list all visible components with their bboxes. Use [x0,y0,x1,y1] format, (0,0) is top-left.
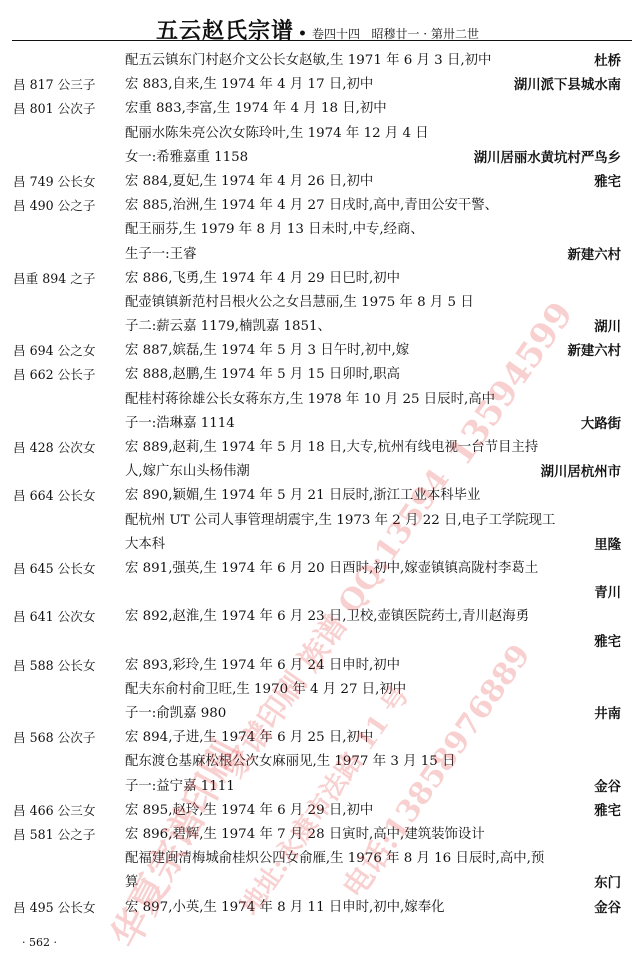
residence-location: 大路街 [581,412,621,436]
entry-row: 配桂村蒋徐雄公长女蒋东方,生 1978 年 10 月 25 日辰时,高中 [0,388,635,412]
entry-text: 宏 888,赵鹏,生 1974 年 5 月 15 日卯时,职高 [125,363,400,387]
entry-row: 昌 490 公之子宏 885,治洲,生 1974 年 4 月 27 日戌时,高中… [0,194,635,218]
entry-row: 子一:益宁嘉 1111金谷 [0,775,635,799]
parent-label: 昌 428 公次女 [13,436,95,460]
entry-text: 宏 885,治洲,生 1974 年 4 月 27 日戌时,高中,青田公安干警、 [125,194,498,218]
parent-label: 昌 645 公长女 [13,557,95,581]
parent-label: 昌 588 公长女 [13,654,95,678]
residence-location: 雅宅 [594,630,621,654]
entry-row: 配王丽芬,生 1979 年 8 月 13 日未时,中专,经商、 [0,218,635,242]
parent-label: 昌 568 公次子 [13,726,95,750]
entry-row: 昌 694 公之女宏 887,嫔磊,生 1974 年 5 月 3 日午时,初中,… [0,339,635,363]
parent-label: 昌 641 公次女 [13,605,95,629]
entry-row: 子二:薪云嘉 1179,楠凯嘉 1851、湖川 [0,315,635,339]
entry-row: 配福建闽清梅城俞桂炽公四女俞雁,生 1976 年 8 月 16 日辰时,高中,预 [0,847,635,871]
entry-text: 配壶镇镇新范村吕根火公之女吕慧丽,生 1975 年 8 月 5 日 [125,291,474,315]
entry-text: 宏 891,强英,生 1974 年 6 月 20 日酉时,初中,嫁壶镇镇高陇村李… [125,557,538,581]
entry-row: 昌 428 公次女宏 889,赵莉,生 1974 年 5 月 18 日,大专,杭… [0,436,635,460]
residence-location: 新建六村 [567,243,621,267]
parent-label: 昌 664 公长女 [13,484,95,508]
residence-location: 里隆 [594,533,621,557]
entry-row: 算东门 [0,871,635,895]
entry-text: 大本科 [125,533,165,557]
residence-location: 雅宅 [594,799,621,823]
residence-location: 湖川居丽水黄坑村严鸟乡 [474,146,621,170]
entry-text: 配夫东俞村俞卫旺,生 1970 年 4 月 27 日,初中 [125,678,406,702]
residence-location: 井南 [594,702,621,726]
parent-label: 昌 581 公之子 [13,823,95,847]
entry-text: 宏 897,小英,生 1974 年 8 月 11 日申时,初中,嫁奉化 [125,896,445,920]
parent-label: 昌 801 公次子 [13,97,95,121]
entry-row: 昌 817 公三子宏 883,自来,生 1974 年 4 月 17 日,初中湖川… [0,73,635,97]
entry-text: 宏 890,颖媚,生 1974 年 5 月 21 日辰时,浙江工业本科毕业 [125,484,480,508]
entry-row: 雅宅 [0,630,635,654]
entry-row: 女一:希雅嘉重 1158湖川居丽水黄坑村严鸟乡 [0,146,635,170]
entry-text: 宏 893,彩玲,生 1974 年 6 月 24 日申时,初中 [125,654,400,678]
residence-location: 金谷 [594,775,621,799]
parent-label: 昌 694 公之女 [13,339,95,363]
entry-text: 配东渡仓基麻松根公次女麻丽见,生 1977 年 3 月 15 日 [125,750,455,774]
entry-text: 算 [125,871,138,895]
entry-row: 大本科里隆 [0,533,635,557]
entry-row: 昌 664 公长女宏 890,颖媚,生 1974 年 5 月 21 日辰时,浙江… [0,484,635,508]
entry-text: 配五云镇东门村赵介文公长女赵敏,生 1971 年 6 月 3 日,初中 [125,49,491,73]
residence-location: 东门 [594,871,621,895]
entry-text: 配王丽芬,生 1979 年 8 月 13 日未时,中专,经商、 [125,218,424,242]
entry-row: 昌重 894 之子宏 886,飞勇,生 1974 年 4 月 29 日巳时,初中 [0,267,635,291]
entry-row: 生子一:王睿新建六村 [0,243,635,267]
entry-row: 配五云镇东门村赵介文公长女赵敏,生 1971 年 6 月 3 日,初中杜桥 [0,49,635,73]
entry-text: 宏 894,子进,生 1974 年 6 月 25 日,初中 [125,726,373,750]
residence-location: 湖川派下县城水南 [514,73,621,97]
parent-label: 昌 490 公之子 [13,194,95,218]
entry-text: 宏重 883,李富,生 1974 年 4 月 18 日,初中 [125,97,387,121]
entry-row: 昌 641 公次女宏 892,赵淮,生 1974 年 6 月 23 日,卫校,壶… [0,605,635,629]
entry-text: 配桂村蒋徐雄公长女蒋东方,生 1978 年 10 月 25 日辰时,高中 [125,388,495,412]
entry-row: 青川 [0,581,635,605]
entry-row: 昌 466 公三女宏 895,赵玲,生 1974 年 6 月 29 日,初中雅宅 [0,799,635,823]
entry-row: 子一:浩琳嘉 1114大路街 [0,412,635,436]
entry-text: 宏 896,碧辉,生 1974 年 7 月 28 日寅时,高中,建筑装饰设计 [125,823,485,847]
entry-row: 昌 645 公长女宏 891,强英,生 1974 年 6 月 20 日酉时,初中… [0,557,635,581]
entry-text: 宏 886,飞勇,生 1974 年 4 月 29 日巳时,初中 [125,267,400,291]
volume-label: 卷四十四 [312,27,360,41]
entry-row: 配壶镇镇新范村吕根火公之女吕慧丽,生 1975 年 8 月 5 日 [0,291,635,315]
entry-text: 女一:希雅嘉重 1158 [125,146,248,170]
entry-row: 配丽水陈朱亮公次女陈玲叶,生 1974 年 12 月 4 日 [0,122,635,146]
branch-label: 昭穆廿一 [371,27,419,41]
residence-location: 湖川 [594,315,621,339]
residence-location: 杜桥 [594,49,621,73]
entry-row: 昌 749 公长女宏 884,夏妃,生 1974 年 4 月 26 日,初中雅宅 [0,170,635,194]
entry-text: 配福建闽清梅城俞桂炽公四女俞雁,生 1976 年 8 月 16 日辰时,高中,预 [125,847,544,871]
entry-text: 子一:俞凯嘉 980 [125,702,226,726]
entry-row: 昌 662 公长子宏 888,赵鹏,生 1974 年 5 月 15 日卯时,职高 [0,363,635,387]
parent-label: 昌 466 公三女 [13,799,95,823]
entry-row: 配东渡仓基麻松根公次女麻丽见,生 1977 年 3 月 15 日 [0,750,635,774]
parent-label: 昌 495 公长女 [13,896,95,920]
entry-row: 配杭州 UT 公司人事管理胡震宇,生 1973 年 2 月 22 日,电子工学院… [0,509,635,533]
entry-row: 昌 568 公次子宏 894,子进,生 1974 年 6 月 25 日,初中 [0,726,635,750]
entry-text: 宏 887,嫔磊,生 1974 年 5 月 3 日午时,初中,嫁 [125,339,409,363]
generation-label: 第卅二世 [431,27,479,41]
entry-text: 子一:益宁嘉 1111 [125,775,235,799]
entry-text: 配丽水陈朱亮公次女陈玲叶,生 1974 年 12 月 4 日 [125,122,429,146]
parent-label: 昌 817 公三子 [13,73,95,97]
residence-location: 湖川居杭州市 [541,460,621,484]
parent-label: 昌 749 公长女 [13,170,95,194]
entry-text: 人,嫁广东山头杨伟潮 [125,460,250,484]
genealogy-entries: 配五云镇东门村赵介文公长女赵敏,生 1971 年 6 月 3 日,初中杜桥昌 8… [0,49,635,920]
entry-text: 子一:浩琳嘉 1114 [125,412,235,436]
entry-text: 宏 892,赵淮,生 1974 年 6 月 23 日,卫校,壶镇医院药士,青川赵… [125,605,529,629]
entry-row: 人,嫁广东山头杨伟潮湖川居杭州市 [0,460,635,484]
entry-row: 配夫东俞村俞卫旺,生 1970 年 4 月 27 日,初中 [0,678,635,702]
residence-location: 新建六村 [567,339,621,363]
entry-text: 宏 895,赵玲,生 1974 年 6 月 29 日,初中 [125,799,373,823]
residence-location: 青川 [594,581,621,605]
parent-label: 昌重 894 之子 [13,267,95,291]
entry-text: 宏 883,自来,生 1974 年 4 月 17 日,初中 [125,73,373,97]
entry-text: 宏 889,赵莉,生 1974 年 5 月 18 日,大专,杭州有线电视一台节目… [125,436,538,460]
entry-text: 生子一:王睿 [125,243,196,267]
page-number: · 562 · [22,936,57,949]
entry-row: 昌 588 公长女宏 893,彩玲,生 1974 年 6 月 24 日申时,初中 [0,654,635,678]
entry-row: 子一:俞凯嘉 980井南 [0,702,635,726]
residence-location: 金谷 [594,896,621,920]
entry-text: 配杭州 UT 公司人事管理胡震宇,生 1973 年 2 月 22 日,电子工学院… [125,509,555,533]
header-rule [12,40,632,41]
parent-label: 昌 662 公长子 [13,363,95,387]
entry-row: 昌 495 公长女宏 897,小英,生 1974 年 8 月 11 日申时,初中… [0,896,635,920]
entry-text: 宏 884,夏妃,生 1974 年 4 月 26 日,初中 [125,170,373,194]
residence-location: 雅宅 [594,170,621,194]
entry-row: 昌 581 公之子宏 896,碧辉,生 1974 年 7 月 28 日寅时,高中… [0,823,635,847]
entry-row: 昌 801 公次子宏重 883,李富,生 1974 年 4 月 18 日,初中 [0,97,635,121]
entry-text: 子二:薪云嘉 1179,楠凯嘉 1851、 [125,315,331,339]
